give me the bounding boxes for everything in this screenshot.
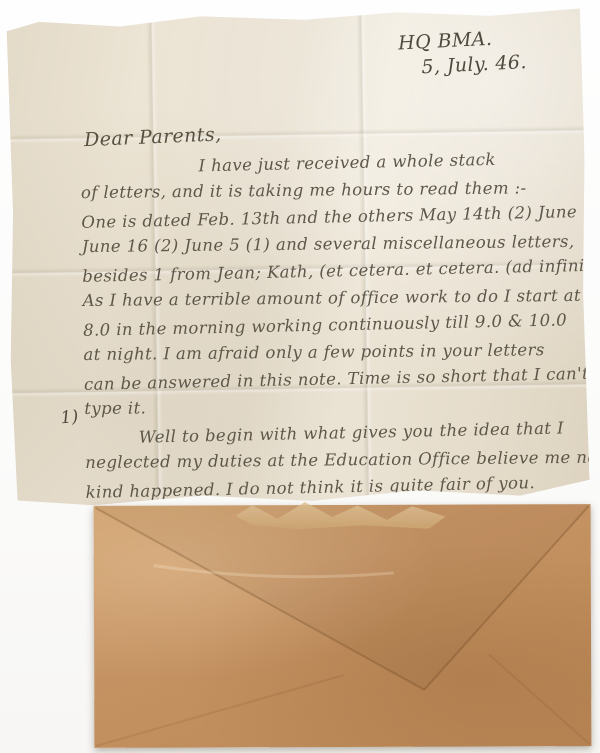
letter-salutation: Dear Parents, [84,123,222,151]
letter-body: I have just received a whole stack of le… [80,145,590,531]
letter-heading-unit: HQ BMA. [392,26,526,55]
margin-note: 1) [60,407,80,428]
scanned-photo: HQ BMA. 5, July. 46. Dear Parents, 1) I … [0,0,600,753]
letter-sheet: HQ BMA. 5, July. 46. Dear Parents, 1) I … [4,7,590,508]
envelope-back [94,504,592,748]
letter-heading: HQ BMA. 5, July. 46. [392,26,528,80]
letter-heading-date: 5, July. 46. [393,51,527,80]
envelope-flap-seams [94,504,592,748]
